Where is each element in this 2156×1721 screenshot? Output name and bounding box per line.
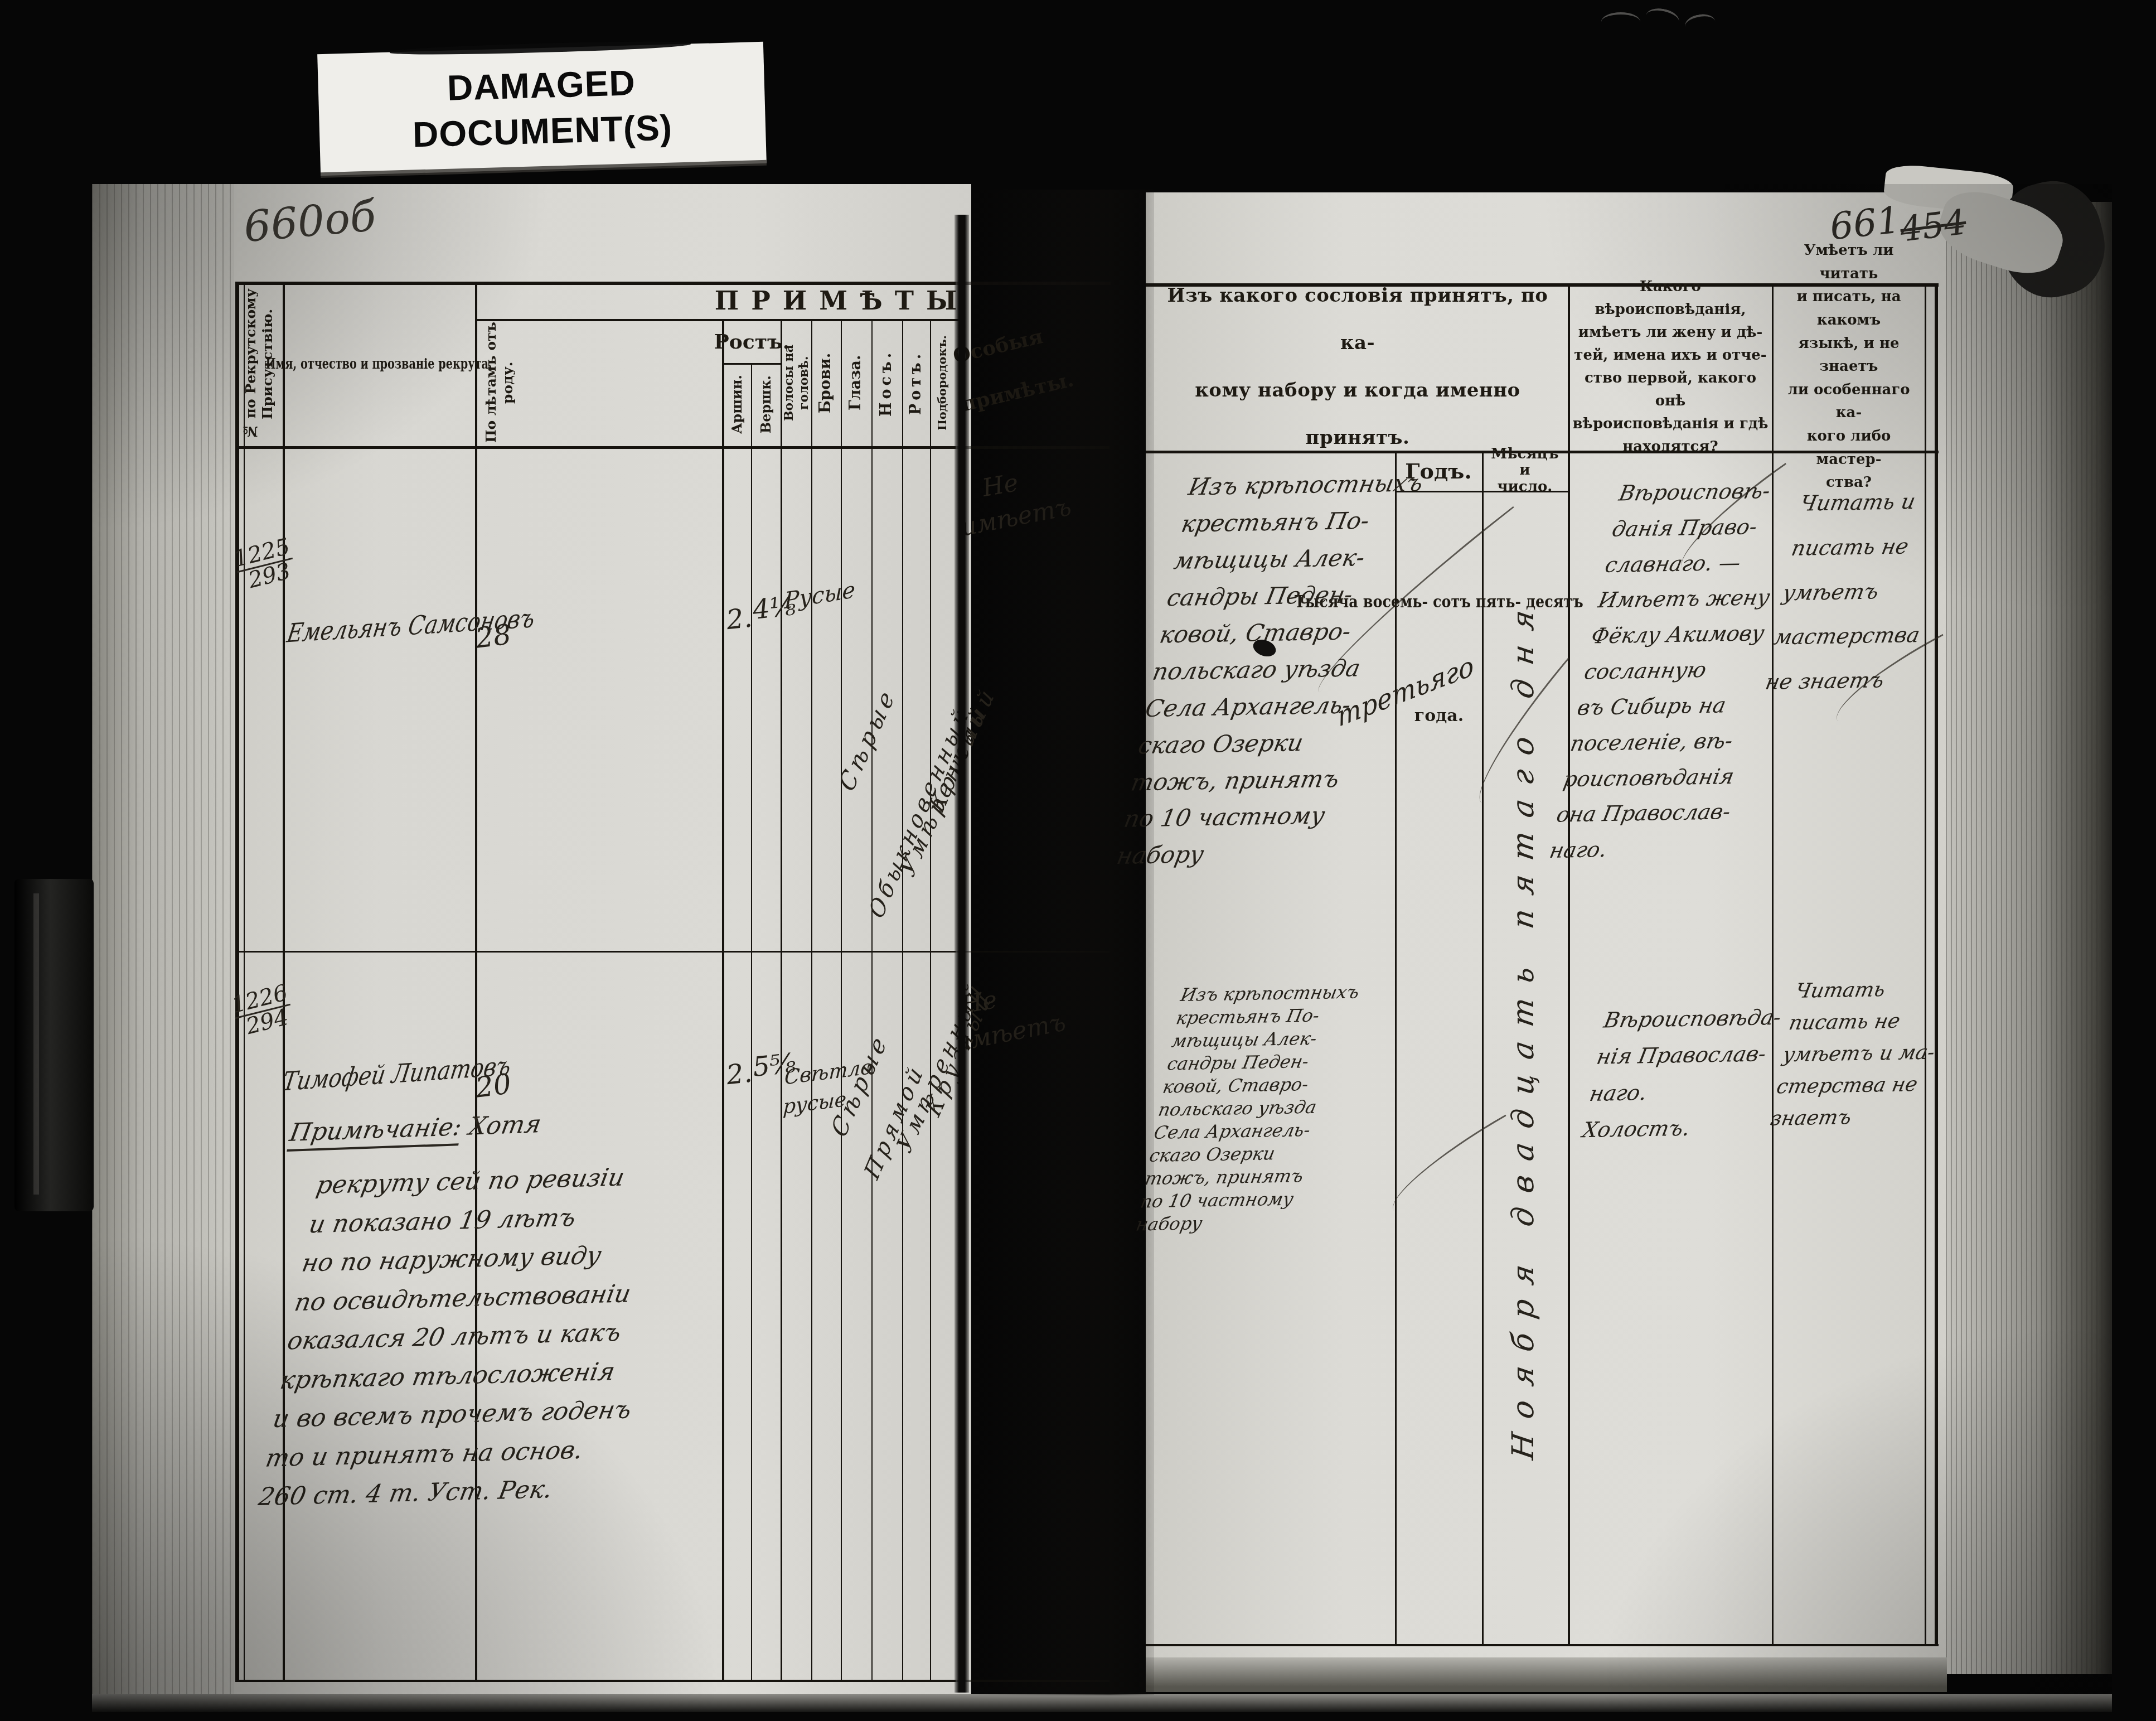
table-line	[871, 319, 873, 1682]
table-line	[811, 319, 812, 1682]
label-line-1: DAMAGED	[447, 60, 636, 111]
table-line	[956, 446, 1110, 449]
binder-clip-highlight	[33, 893, 39, 1195]
table-line	[956, 282, 1111, 285]
column-header-age: По лѣтамъ отъ роду.	[477, 321, 522, 444]
table-line	[902, 319, 903, 1682]
column-header-chin: Подбородокъ.	[931, 321, 953, 445]
table-line	[751, 363, 752, 1682]
table-line	[1568, 283, 1570, 1644]
age-value: 28	[474, 618, 513, 654]
column-group-header-primety: ПРИМѢТЫ	[725, 282, 959, 319]
right-page-bottom-edge	[1146, 1657, 1947, 1692]
table-line	[956, 951, 1110, 953]
note-label: Примѣчаніе:	[287, 1113, 464, 1152]
damaged-document-label: DAMAGED DOCUMENT(S)	[317, 42, 767, 176]
note-first-word: Хотя	[459, 1110, 544, 1141]
table-line	[235, 282, 239, 1682]
column-header-mouth: Ротъ.	[903, 321, 929, 445]
column-header-vershok: Вершк.	[752, 364, 779, 445]
column-header-religion-family: Какого вѣроисповѣданія, имѣетъ ли жену и…	[1570, 286, 1771, 448]
arshin-value: 2.	[725, 602, 753, 636]
folio-number-right: 661	[1828, 199, 1902, 249]
scanned-register-photo: DAMAGED DOCUMENT(S) 660об 661 454 № по Р…	[0, 0, 2156, 1721]
binder-clip	[14, 879, 94, 1211]
column-header-arshin: Аршин.	[723, 364, 751, 445]
column-header-hair: Волосы на головѣ.	[782, 321, 811, 445]
column-header-height: Ростъ.	[723, 322, 781, 362]
table-line	[235, 1680, 956, 1682]
column-header-eyes: Глаза.	[842, 321, 870, 445]
literacy-entry: Читать писать не умѣетъ и ма- стерства н…	[1767, 973, 1950, 1135]
gutter-fold-line	[955, 215, 969, 1693]
column-header-literacy-craft: Умѣетъ ли читать и писать, на какомъ язы…	[1774, 286, 1924, 448]
table-line	[930, 319, 931, 1682]
backdrop-scuff	[1644, 6, 1681, 31]
table-line	[244, 282, 245, 1682]
arshin-value: 2.	[725, 1057, 753, 1091]
column-header-brows: Брови.	[812, 321, 840, 445]
table-line	[1482, 451, 1484, 1644]
religion-entry: Вѣроисповѣда- нія Православ- наго. Холос…	[1580, 999, 1785, 1149]
table-line	[956, 1680, 1110, 1682]
table-line	[722, 319, 724, 1682]
book-bottom-edge	[92, 1694, 2112, 1712]
column-header-estate-and-levy: Изъ какого сословія принятъ, по ка- кому…	[1149, 286, 1567, 448]
table-line	[841, 319, 842, 1682]
right-page-stack-edge	[1946, 202, 2112, 1674]
folio-number-crossed-out: 454	[1898, 201, 1968, 250]
left-page-stack-edge	[92, 184, 236, 1696]
backdrop-scuff	[1601, 12, 1640, 31]
table-line	[781, 319, 782, 1682]
gutter-valley	[970, 186, 1147, 1696]
column-header-month-day: Мѣсяцъ и число.	[1483, 452, 1567, 490]
column-header-nose: Носъ.	[873, 321, 901, 445]
note-text: рекруту сей по ревизіи и показано 19 лѣт…	[255, 1154, 766, 1517]
table-line	[1146, 1644, 1939, 1646]
table-line	[235, 446, 956, 449]
column-header-name: Имя, отчество и прозваніе рекрута.	[284, 283, 474, 445]
label-line-2: DOCUMENT(S)	[412, 105, 673, 158]
backdrop-scuff	[1683, 12, 1717, 36]
table-line	[235, 951, 956, 953]
age-value: 20	[474, 1067, 513, 1104]
